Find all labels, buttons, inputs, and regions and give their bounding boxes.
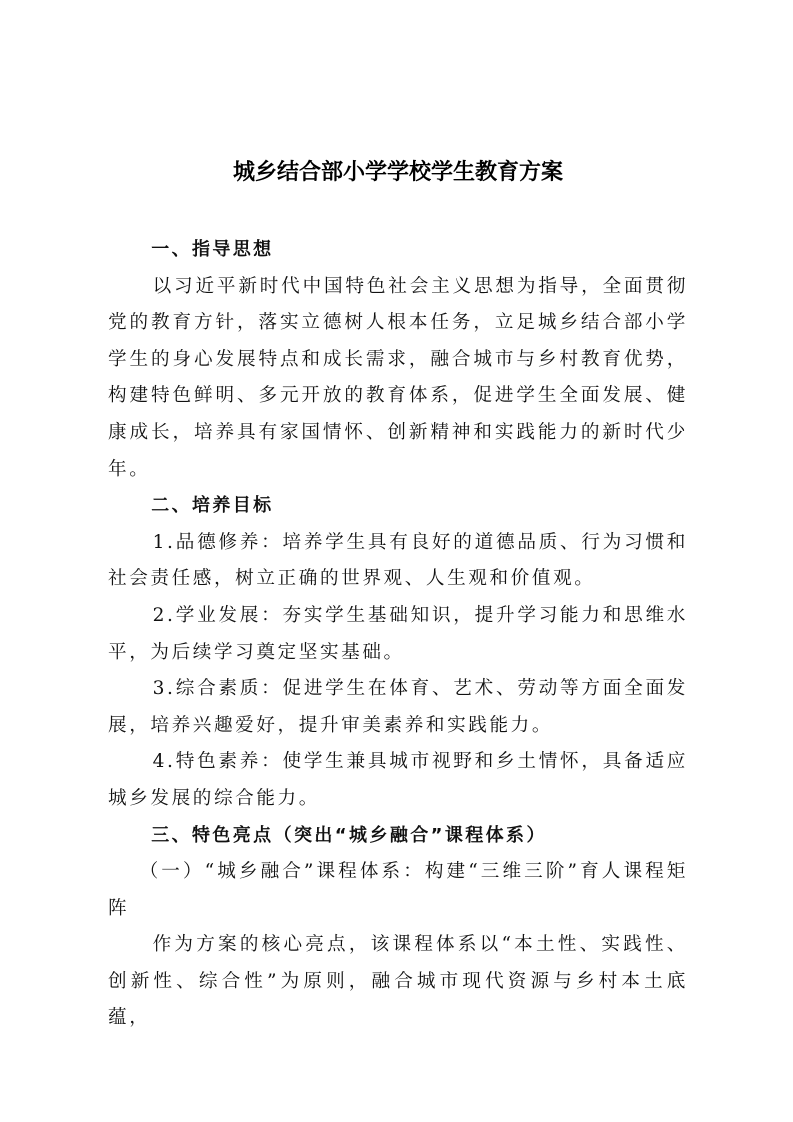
paragraph-goal-morality: 1.品德修养：培养学生具有良好的道德品质、行为习惯和社会责任感，树立正确的世界观… (108, 525, 688, 598)
paragraph-guiding-ideology: 以习近平新时代中国特色社会主义思想为指导，全面贯彻党的教育方针，落实立德树人根本… (108, 269, 688, 489)
section-heading-guiding-ideology: 一、指导思想 (108, 232, 688, 269)
paragraph-goal-special: 4.特色素养：使学生兼具城市视野和乡土情怀，具备适应城乡发展的综合能力。 (108, 744, 688, 817)
paragraph-goal-academics: 2.学业发展：夯实学生基础知识，提升学习能力和思维水平，为后续学习奠定坚实基础。 (108, 598, 688, 671)
document-body: 一、指导思想 以习近平新时代中国特色社会主义思想为指导，全面贯彻党的教育方针，落… (108, 232, 688, 1037)
paragraph-curriculum-intro: 作为方案的核心亮点，该课程体系以“本土性、实践性、创新性、综合性”为原则，融合城… (108, 927, 688, 1037)
paragraph-goal-comprehensive: 3.综合素质：促进学生在体育、艺术、劳动等方面全面发展，培养兴趣爱好，提升审美素… (108, 671, 688, 744)
document-title: 城乡结合部小学学校学生教育方案 (108, 158, 688, 188)
subsection-heading-curriculum: （一）“城乡融合”课程体系：构建“三维三阶”育人课程矩阵 (108, 854, 688, 927)
section-heading-highlights: 三、特色亮点（突出“城乡融合”课程体系） (108, 818, 688, 855)
section-heading-training-goals: 二、培养目标 (108, 488, 688, 525)
